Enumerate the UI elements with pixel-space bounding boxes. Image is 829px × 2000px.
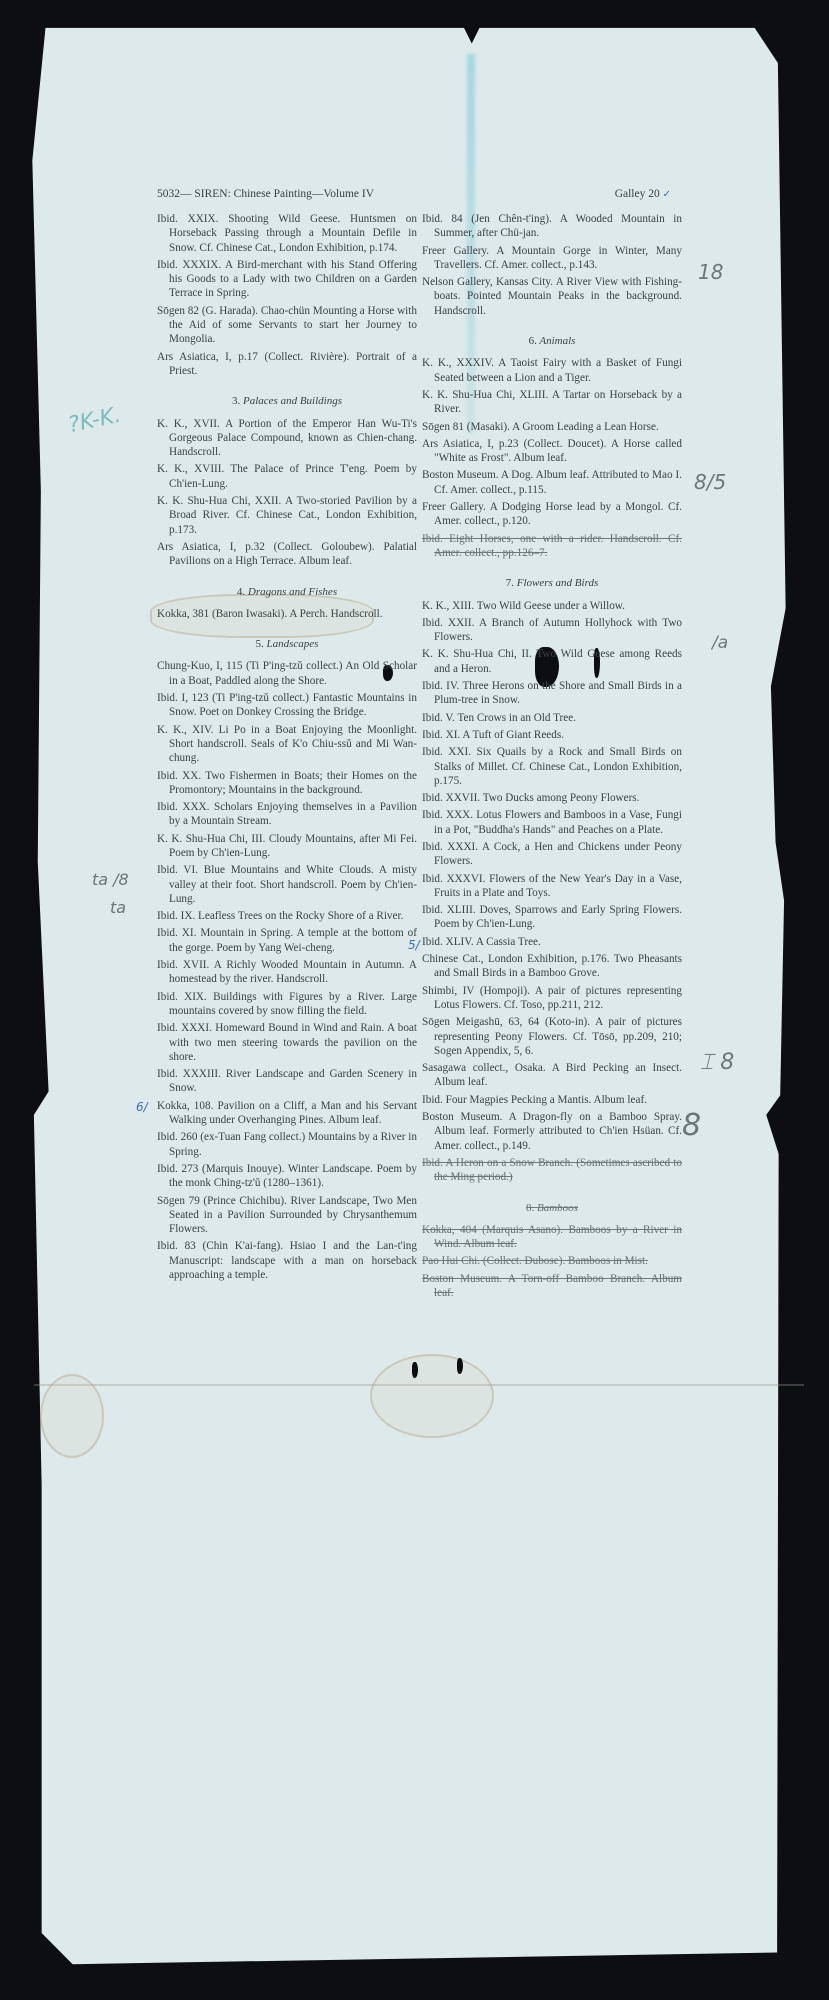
margin-note-ta: ta /8 bbox=[92, 870, 129, 889]
catalog-entry: Ibid. XI. Mountain in Spring. A temple a… bbox=[157, 926, 417, 955]
catalog-entry: Ibid. XVII. A Richly Wooded Mountain in … bbox=[157, 958, 417, 987]
catalog-entry: Kokka, 108. Pavilion on a Cliff, a Man a… bbox=[157, 1099, 417, 1128]
section-title: Animals bbox=[539, 335, 575, 347]
section-number: 3. bbox=[232, 395, 240, 407]
catalog-entry: Ibid. VI. Blue Mountains and White Cloud… bbox=[157, 863, 417, 906]
section-number: 8. bbox=[526, 1202, 534, 1214]
catalog-entry: Boston Museum. A Dog. Album leaf. Attrib… bbox=[422, 468, 682, 497]
section-heading: 8. Bamboos bbox=[422, 1201, 682, 1215]
margin-note-8-5: 8/5 bbox=[694, 470, 726, 494]
catalog-entry: Sasagawa collect., Osaka. A Bird Pecking… bbox=[422, 1061, 682, 1090]
catalog-entry: Ars Asiatica, I, p.23 (Collect. Doucet).… bbox=[422, 437, 682, 466]
catalog-entry: Ibid. XXXVI. Flowers of the New Year's D… bbox=[422, 872, 682, 901]
catalog-entry: Ibid. XXXIX. A Bird-merchant with his St… bbox=[157, 258, 417, 301]
catalog-entry: Ibid. XXX. Scholars Enjoying themselves … bbox=[157, 800, 417, 829]
catalog-entry: Ars Asiatica, I, p.32 (Collect. Goloubew… bbox=[157, 540, 417, 569]
section-heading: 4. Dragons and Fishes bbox=[157, 585, 417, 599]
catalog-entry: Ibid. V. Ten Crows in an Old Tree. bbox=[422, 711, 682, 725]
catalog-entry: Ibid. XLIV. A Cassia Tree. bbox=[422, 935, 682, 949]
catalog-entry: Shimbi, IV (Hompoji). A pair of pictures… bbox=[422, 984, 682, 1013]
section-heading: 7. Flowers and Birds bbox=[422, 576, 682, 590]
catalog-entry: Ibid. XXXIII. River Landscape and Garden… bbox=[157, 1067, 417, 1096]
catalog-entry: Ibid. IV. Three Herons on the Shore and … bbox=[422, 679, 682, 708]
section-number: 5. bbox=[256, 638, 264, 650]
catalog-entry: Ibid. 83 (Chin K'ai-fang). Hsiao I and t… bbox=[157, 1239, 417, 1282]
catalog-entry: Sōgen 79 (Prince Chichibu). River Landsc… bbox=[157, 1194, 417, 1237]
struck-catalog-entry: Kokka, 404 (Marquis Asano). Bamboos by a… bbox=[422, 1223, 682, 1252]
section-title: Landscapes bbox=[267, 638, 319, 650]
catalog-entry: Kokka, 381 (Baron Iwasaki). A Perch. Han… bbox=[157, 607, 417, 621]
catalog-entry: K. K., XVII. A Portion of the Emperor Ha… bbox=[157, 417, 417, 460]
running-head: 5032— SIREN: Chinese Painting—Volume IV bbox=[157, 188, 374, 200]
section-title: Bamboos bbox=[537, 1202, 578, 1214]
catalog-entry: Ibid. 273 (Marquis Inouye). Winter Lands… bbox=[157, 1162, 417, 1191]
galley-number: Galley 20 ✓ bbox=[615, 188, 671, 200]
margin-note-8: 8 bbox=[682, 1108, 701, 1143]
catalog-entry: Ibid. XXXI. Homeward Bound in Wind and R… bbox=[157, 1021, 417, 1064]
catalog-entry: Sōgen 82 (G. Harada). Chao-chün Mounting… bbox=[157, 304, 417, 347]
galley-proof-sheet bbox=[30, 24, 805, 1972]
margin-note-delete-8: ⌶ 8 bbox=[700, 1050, 734, 1075]
margin-note-a: /a bbox=[712, 633, 728, 653]
margin-note-6: 6/ bbox=[136, 1100, 148, 1114]
catalog-entry: K. K., XVIII. The Palace of Prince T'eng… bbox=[157, 462, 417, 491]
struck-catalog-entry: Boston Museum. A Torn-off Bamboo Branch.… bbox=[422, 1272, 682, 1301]
catalog-entry: Ibid. Four Magpies Pecking a Mantis. Alb… bbox=[422, 1093, 682, 1107]
catalog-entry: Ibid. 260 (ex-Tuan Fang collect.) Mounta… bbox=[157, 1130, 417, 1159]
catalog-entry: Ibid. XXII. A Branch of Autumn Hollyhock… bbox=[422, 616, 682, 645]
catalog-entry: Ibid. IX. Leafless Trees on the Rocky Sh… bbox=[157, 909, 417, 923]
margin-note-5: 5/ bbox=[408, 938, 420, 952]
catalog-entry: K. K. Shu-Hua Chi, XLIII. A Tartar on Ho… bbox=[422, 388, 682, 417]
catalog-entry: Ibid. XLIII. Doves, Sparrows and Early S… bbox=[422, 903, 682, 932]
catalog-entry: Ars Asiatica, I, p.17 (Collect. Rivière)… bbox=[157, 350, 417, 379]
catalog-entry: Chung-Kuo, I, 115 (Ti P'ing-tzŭ collect.… bbox=[157, 659, 417, 688]
margin-note-18: 18 bbox=[698, 260, 723, 284]
water-stain bbox=[40, 1374, 104, 1458]
section-number: 6. bbox=[529, 335, 537, 347]
catalog-entry: Ibid. XXXI. A Cock, a Hen and Chickens u… bbox=[422, 840, 682, 869]
struck-catalog-entry: Pao Hui Chi. (Collect. Dubose). Bamboos … bbox=[422, 1254, 682, 1268]
catalog-entry: K. K. Shu-Hua Chi, XXII. A Two-storied P… bbox=[157, 494, 417, 537]
section-heading: 5. Landscapes bbox=[157, 637, 417, 651]
section-number: 7. bbox=[506, 577, 514, 589]
catalog-entry: Ibid. XXVII. Two Ducks among Peony Flowe… bbox=[422, 791, 682, 805]
catalog-entry: Ibid. XX. Two Fishermen in Boats; their … bbox=[157, 769, 417, 798]
catalog-entry: Sōgen Meigashū, 63, 64 (Koto-in). A pair… bbox=[422, 1015, 682, 1058]
catalog-entry: Ibid. I, 123 (Ti P'ing-tzŭ collect.) Fan… bbox=[157, 691, 417, 720]
section-title: Palaces and Buildings bbox=[243, 395, 342, 407]
section-heading: 6. Animals bbox=[422, 334, 682, 348]
catalog-entry: Ibid. XI. A Tuft of Giant Reeds. bbox=[422, 728, 682, 742]
section-title: Dragons and Fishes bbox=[248, 586, 337, 598]
catalog-entry: Chinese Cat., London Exhibition, p.176. … bbox=[422, 952, 682, 981]
fold-line bbox=[34, 1384, 804, 1386]
catalog-entry: Freer Gallery. A Mountain Gorge in Winte… bbox=[422, 244, 682, 273]
left-column: Ibid. XXIX. Shooting Wild Geese. Huntsme… bbox=[157, 212, 417, 1285]
catalog-entry: Boston Museum. A Dragon-fly on a Bamboo … bbox=[422, 1110, 682, 1153]
catalog-entry: Ibid. XXIX. Shooting Wild Geese. Huntsme… bbox=[157, 212, 417, 255]
catalog-entry: K. K. Shu-Hua Chi, III. Cloudy Mountains… bbox=[157, 832, 417, 861]
section-title: Flowers and Birds bbox=[517, 577, 599, 589]
catalog-entry: K. K., XIII. Two Wild Geese under a Will… bbox=[422, 599, 682, 613]
catalog-entry: K. K., XXXIV. A Taoist Fairy with a Bask… bbox=[422, 356, 682, 385]
check-mark-icon: ✓ bbox=[663, 189, 671, 200]
catalog-entry: Ibid. XXX. Lotus Flowers and Bamboos in … bbox=[422, 808, 682, 837]
right-column: Ibid. 84 (Jen Chên-t'ing). A Wooded Moun… bbox=[422, 212, 682, 1303]
struck-catalog-entry: Ibid. Eight Horses, one with a rider. Ha… bbox=[422, 532, 682, 561]
catalog-entry: K. K. Shu-Hua Chi, II. Two Wild Geese am… bbox=[422, 647, 682, 676]
catalog-entry: Ibid. XXI. Six Quails by a Rock and Smal… bbox=[422, 745, 682, 788]
catalog-entry: Freer Gallery. A Dodging Horse lead by a… bbox=[422, 500, 682, 529]
catalog-entry: Sōgen 81 (Masaki). A Groom Leading a Lea… bbox=[422, 420, 682, 434]
catalog-entry: Nelson Gallery, Kansas City. A River Vie… bbox=[422, 275, 682, 318]
margin-note-ta2: ta bbox=[110, 898, 126, 917]
water-stain bbox=[370, 1354, 494, 1438]
catalog-entry: Ibid. 84 (Jen Chên-t'ing). A Wooded Moun… bbox=[422, 212, 682, 241]
catalog-entry: Ibid. XIX. Buildings with Figures by a R… bbox=[157, 990, 417, 1019]
catalog-entry: K. K., XIV. Li Po in a Boat Enjoying the… bbox=[157, 723, 417, 766]
section-number: 4. bbox=[237, 586, 245, 598]
section-heading: 3. Palaces and Buildings bbox=[157, 394, 417, 408]
struck-catalog-entry: Ibid. A Heron on a Snow Branch. (Sometim… bbox=[422, 1156, 682, 1185]
